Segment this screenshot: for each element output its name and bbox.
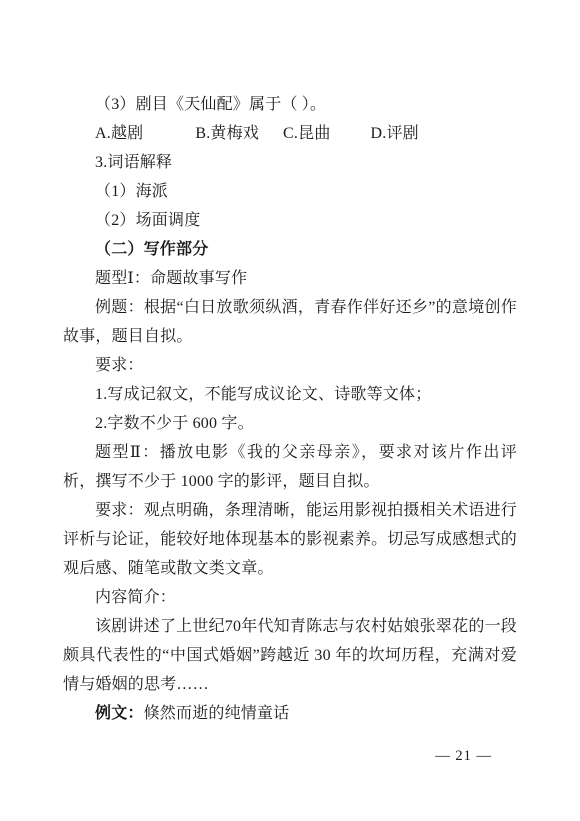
option-a: A.越剧 <box>95 125 143 142</box>
requirement-2: 2.字数不少于 600 字。 <box>63 409 517 438</box>
document-page: （3）剧目《天仙配》属于（ ）。 A.越剧B.黄梅戏C.昆曲D.评剧 3.词语解… <box>63 90 517 728</box>
sample-essay-title: 倏然而逝的纯情童话 <box>144 705 290 722</box>
question-3-line: （3）剧目《天仙配》属于（ ）。 <box>63 90 517 119</box>
sample-essay-line: 例文：倏然而逝的纯情童话 <box>63 699 517 728</box>
example-prompt-paragraph: 例题：根据“白日放歌须纵酒，青春作伴好还乡”的意境创作故事，题目自拟。 <box>63 293 517 351</box>
question-words-heading: 3.词语解释 <box>63 148 517 177</box>
synopsis-label: 内容简介： <box>63 583 517 612</box>
option-d: D.评剧 <box>371 125 419 142</box>
option-c: C.昆曲 <box>283 125 330 142</box>
requirements-label: 要求： <box>63 351 517 380</box>
section-heading-writing: （二）写作部分 <box>63 235 517 264</box>
page-number: — 21 — <box>435 746 492 766</box>
answer-options-row: A.越剧B.黄梅戏C.昆曲D.评剧 <box>63 119 517 148</box>
question-type-1-line: 题型Ⅰ：命题故事写作 <box>63 264 517 293</box>
word-item-1: （1）海派 <box>63 177 517 206</box>
sample-essay-label: 例文： <box>95 705 144 722</box>
question-type-2-paragraph: 题型Ⅱ：播放电影《我的父亲母亲》，要求对该片作出评析，撰写不少于 1000 字的… <box>63 438 517 496</box>
word-item-2: （2）场面调度 <box>63 206 517 235</box>
option-b: B.黄梅戏 <box>195 125 259 142</box>
requirement-1: 1.写成记叙文，不能写成议论文、诗歌等文体； <box>63 380 517 409</box>
synopsis-paragraph: 该剧讲述了上世纪70年代知青陈志与农村姑娘张翠花的一段颇具代表性的“中国式婚姻”… <box>63 612 517 699</box>
type-2-requirements-paragraph: 要求：观点明确，条理清晰，能运用影视拍摄相关术语进行评析与论证，能较好地体现基本… <box>63 496 517 583</box>
